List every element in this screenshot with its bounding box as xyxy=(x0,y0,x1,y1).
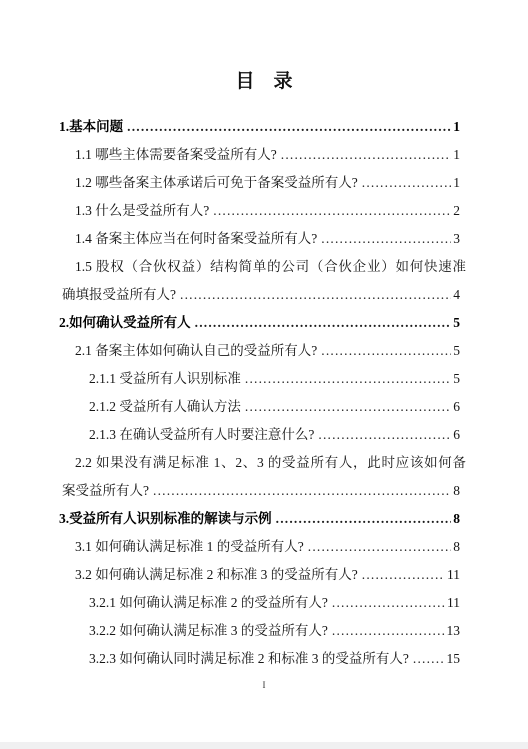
toc-entry-text: 2.2 如果没有满足标准 1、2、3 的受益所有人，此时应该如何备 xyxy=(75,449,466,477)
toc-entry: 1.3 什么是受益所有人? 2 xyxy=(0,197,528,225)
toc-entry-text: 1.5 股权（合伙权益）结构简单的公司（合伙企业）如何快速准 xyxy=(75,253,466,281)
toc-entry-page: 8 xyxy=(451,533,460,561)
toc-entry: 1.5 股权（合伙权益）结构简单的公司（合伙企业）如何快速准 xyxy=(0,253,528,281)
toc-entry-page: 5 xyxy=(451,337,460,365)
toc-entry-text: 1.4 备案主体应当在何时备案受益所有人? xyxy=(75,225,317,253)
toc-entry: 3.2 如何确认满足标准 2 和标准 3 的受益所有人? 11 xyxy=(0,561,528,589)
toc-entry-text: 案受益所有人? xyxy=(62,477,149,505)
toc-entry-text: 2.如何确认受益所有人 xyxy=(59,309,191,337)
toc-entry-text: 1.基本问题 xyxy=(59,113,123,141)
toc-entry: 2.1.2 受益所有人确认方法 6 xyxy=(0,393,528,421)
toc-leader-dots xyxy=(149,477,451,505)
toc-leader-dots xyxy=(317,337,451,365)
toc-entry: 1.基本问题 1 xyxy=(0,113,528,141)
toc-entry-page: 1 xyxy=(451,113,460,141)
toc-entry-page: 8 xyxy=(451,477,460,505)
toc-leader-dots xyxy=(272,505,452,533)
toc-leader-dots xyxy=(328,589,445,617)
toc-entry-page: 5 xyxy=(451,309,460,337)
toc-leader-dots xyxy=(317,225,451,253)
toc-entry: 2.1.1 受益所有人识别标准 5 xyxy=(0,365,528,393)
toc-entry-text: 2.1 备案主体如何确认自己的受益所有人? xyxy=(75,337,317,365)
toc-entry-page: 2 xyxy=(451,197,460,225)
toc-entry: 2.如何确认受益所有人 5 xyxy=(0,309,528,337)
toc-entry: 2.2 如果没有满足标准 1、2、3 的受益所有人，此时应该如何备 xyxy=(0,449,528,477)
toc-leader-dots xyxy=(241,365,451,393)
toc-leader-dots xyxy=(209,197,451,225)
toc-entry-text: 1.2 哪些备案主体承诺后可免于备案受益所有人? xyxy=(75,169,358,197)
toc-entry-page: 1 xyxy=(451,141,460,169)
toc-entry-page: 6 xyxy=(451,393,460,421)
toc-entry-page: 4 xyxy=(451,281,460,309)
toc-entry-text: 2.1.3 在确认受益所有人时要注意什么? xyxy=(89,421,314,449)
toc-leader-dots xyxy=(241,393,451,421)
toc-entry-page: 6 xyxy=(451,421,460,449)
toc-entry: 1.1 哪些主体需要备案受益所有人? 1 xyxy=(0,141,528,169)
toc-leader-dots xyxy=(358,169,452,197)
toc-entry-text: 3.2.3 如何确认同时满足标准 2 和标准 3 的受益所有人? xyxy=(89,645,409,673)
toc-leader-dots xyxy=(304,533,452,561)
document-page: 目 录 1.基本问题 1 1.1 哪些主体需要备案受益所有人? 1 1.2 哪些… xyxy=(0,0,528,749)
toc-entry: 3.2.3 如何确认同时满足标准 2 和标准 3 的受益所有人? 15 xyxy=(0,645,528,673)
toc-entry-page: 11 xyxy=(445,561,460,589)
toc-entry-page: 13 xyxy=(445,617,461,645)
footer-page-number: I xyxy=(0,679,528,692)
viewport-bottom-strip xyxy=(0,742,528,749)
toc-entry-text: 3.2.1 如何确认满足标准 2 的受益所有人? xyxy=(89,589,328,617)
toc-entry-text: 3.1 如何确认满足标准 1 的受益所有人? xyxy=(75,533,304,561)
toc-entry-text: 2.1.2 受益所有人确认方法 xyxy=(89,393,241,421)
toc-entry: 确填报受益所有人? 4 xyxy=(0,281,528,309)
toc-leader-dots xyxy=(277,141,452,169)
toc-leader-dots xyxy=(328,617,445,645)
toc-entry-text: 2.1.1 受益所有人识别标准 xyxy=(89,365,241,393)
toc-entry: 2.1.3 在确认受益所有人时要注意什么? 6 xyxy=(0,421,528,449)
toc-list: 1.基本问题 1 1.1 哪些主体需要备案受益所有人? 1 1.2 哪些备案主体… xyxy=(0,113,528,673)
toc-leader-dots xyxy=(191,309,452,337)
toc-leader-dots xyxy=(123,113,451,141)
toc-entry-page: 1 xyxy=(451,169,460,197)
toc-entry-page: 5 xyxy=(451,365,460,393)
toc-entry: 3.受益所有人识别标准的解读与示例 8 xyxy=(0,505,528,533)
toc-entry: 3.1 如何确认满足标准 1 的受益所有人? 8 xyxy=(0,533,528,561)
toc-entry: 2.1 备案主体如何确认自己的受益所有人? 5 xyxy=(0,337,528,365)
toc-entry-page: 3 xyxy=(451,225,460,253)
toc-entry: 案受益所有人? 8 xyxy=(0,477,528,505)
toc-entry: 3.2.2 如何确认满足标准 3 的受益所有人? 13 xyxy=(0,617,528,645)
toc-entry-text: 1.3 什么是受益所有人? xyxy=(75,197,209,225)
toc-entry-page: 8 xyxy=(451,505,460,533)
toc-entry: 1.2 哪些备案主体承诺后可免于备案受益所有人? 1 xyxy=(0,169,528,197)
toc-leader-dots xyxy=(314,421,451,449)
toc-leader-dots xyxy=(409,645,445,673)
toc-leader-dots xyxy=(176,281,451,309)
toc-leader-dots xyxy=(358,561,445,589)
toc-entry-page: 15 xyxy=(445,645,461,673)
toc-entry-text: 3.受益所有人识别标准的解读与示例 xyxy=(59,505,272,533)
toc-entry-text: 3.2 如何确认满足标准 2 和标准 3 的受益所有人? xyxy=(75,561,358,589)
toc-title: 目 录 xyxy=(0,69,528,95)
toc-entry: 1.4 备案主体应当在何时备案受益所有人? 3 xyxy=(0,225,528,253)
toc-entry-text: 3.2.2 如何确认满足标准 3 的受益所有人? xyxy=(89,617,328,645)
toc-entry-page: 11 xyxy=(445,589,460,617)
toc-entry-text: 1.1 哪些主体需要备案受益所有人? xyxy=(75,141,277,169)
toc-entry-text: 确填报受益所有人? xyxy=(62,281,176,309)
toc-entry: 3.2.1 如何确认满足标准 2 的受益所有人? 11 xyxy=(0,589,528,617)
